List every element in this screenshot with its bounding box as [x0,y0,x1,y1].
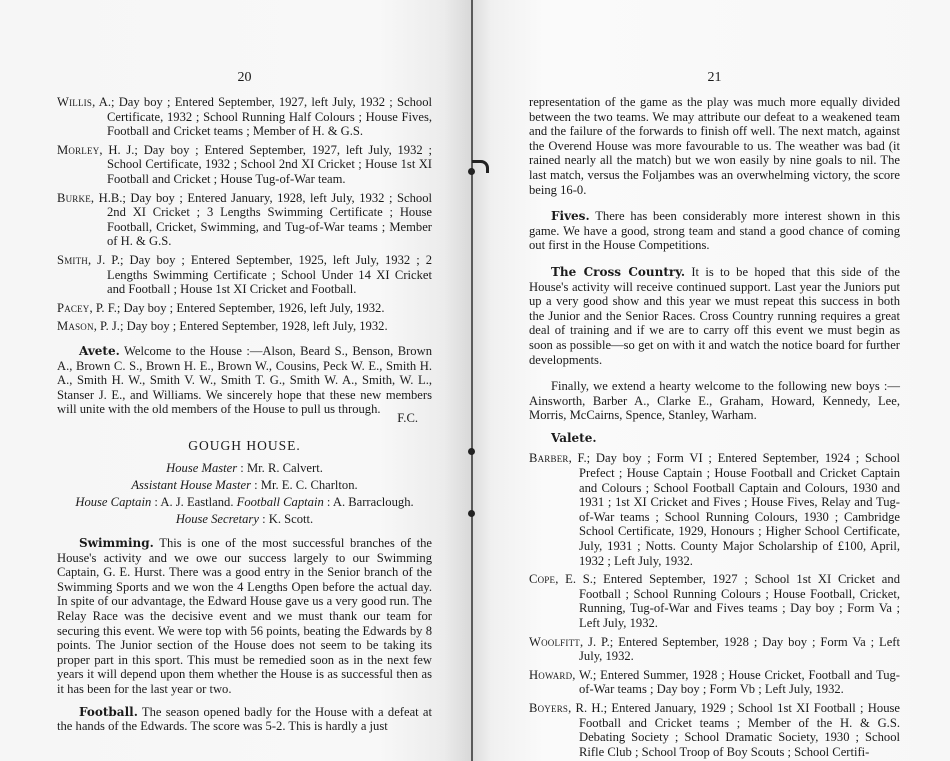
leaving-entry: Mason, P. J.; Day boy ; Entered Septembe… [57,319,432,334]
football-paragraph: Football. The season opened badly for th… [57,705,432,734]
secretary-line: House Secretary : K. Scott. [57,511,432,528]
leaving-entry: Smith, J. P.; Day boy ; Entered Septembe… [57,253,432,297]
entry-name: Smith [57,253,88,267]
entry-name: Burke [57,191,91,205]
binding-stitch-icon [468,448,475,455]
avete-heading: Avete. [79,344,120,358]
entry-name: Cope [529,572,555,586]
valete-entry: Barber, F.; Day boy ; Form VI ; Entered … [529,451,900,568]
right-page-text: representation of the game as the play w… [529,95,900,759]
swimming-paragraph: Swimming. This is one of the most succes… [57,536,432,697]
right-page: 21 representation of the game as the pla… [472,0,950,761]
entry-name: Barber [529,451,569,465]
page-number: 20 [57,70,432,86]
valete-heading: Valete. [529,431,900,446]
cross-country-heading: The Cross Country. [551,265,685,279]
valete-entry: Howard, W.; Entered Summer, 1928 ; House… [529,668,900,697]
valete-entry: Woolfitt, J. P.; Entered September, 1928… [529,635,900,664]
football-heading: Football. [79,705,138,719]
book-spread: 20 Willis, A.; Day boy ; Entered Septemb… [0,0,950,761]
fives-heading: Fives. [551,209,590,223]
page-number: 21 [529,70,900,86]
captains-line: House Captain : A. J. Eastland. Football… [57,494,432,511]
book-gutter [471,0,473,761]
entry-name: Howard [529,668,572,682]
leaving-entry: Pacey, P. F.; Day boy ; Entered Septembe… [57,301,432,316]
left-page: 20 Willis, A.; Day boy ; Entered Septemb… [0,0,472,761]
football-continued-paragraph: representation of the game as the play w… [529,95,900,197]
entry-name: Willis [57,95,92,109]
entry-name: Boyers [529,701,568,715]
valete-entry: Boyers, R. H.; Entered January, 1929 ; S… [529,701,900,759]
cross-country-paragraph: The Cross Country. It is to be hoped tha… [529,265,900,367]
assistant-master-line: Assistant House Master : Mr. E. C. Charl… [57,477,432,494]
entry-name: Mason [57,319,94,333]
house-title: GOUGH HOUSE. [57,439,432,454]
house-master-line: House Master : Mr. R. Calvert. [57,460,432,477]
binding-stitch-icon [468,510,475,517]
swimming-heading: Swimming. [79,536,154,550]
binding-stitch-icon [468,168,475,175]
left-page-text: Willis, A.; Day boy ; Entered September,… [57,95,432,734]
valete-entry: Cope, E. S.; Entered September, 1927 ; S… [529,572,900,630]
entry-name: Pacey [57,301,90,315]
leaving-entry: Willis, A.; Day boy ; Entered September,… [57,95,432,139]
entry-name: Woolfitt [529,635,580,649]
avete-paragraph: Avete. Welcome to the House :—Alson, Bea… [57,344,432,417]
leaving-entry: Burke, H.B.; Day boy ; Entered January, … [57,191,432,249]
fives-paragraph: Fives. There has been considerably more … [529,209,900,253]
leaving-entry: Morley, H. J.; Day boy ; Entered Septemb… [57,143,432,187]
welcome-paragraph: Finally, we extend a hearty welcome to t… [529,379,900,423]
entry-name: Morley [57,143,99,157]
